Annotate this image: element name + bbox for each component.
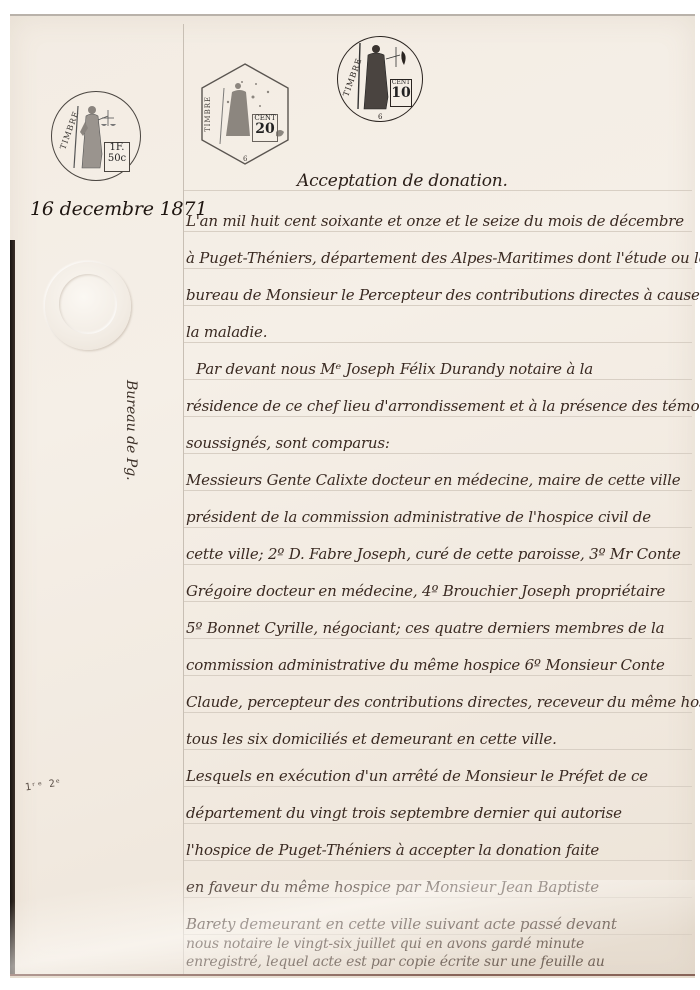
ruled-line — [184, 934, 692, 935]
page-bottom-edge — [10, 974, 695, 976]
ruled-line — [184, 490, 692, 491]
ruled-line — [184, 897, 692, 898]
text-line: L'an mil huit cent soixante et onze et l… — [186, 212, 684, 230]
ruled-line — [184, 305, 692, 306]
stamp-value-box: CENT 10 — [390, 79, 412, 107]
text-line: Barety demeurant en cette ville suivant … — [186, 915, 617, 933]
page-edge-shadow — [10, 240, 15, 976]
text-line: Par devant nous Mᵉ Joseph Félix Durandy … — [196, 360, 593, 378]
ruled-line — [184, 527, 692, 528]
document-title: Acceptation de donation. — [297, 171, 508, 191]
ruled-line — [184, 453, 692, 454]
ruled-line — [184, 749, 692, 750]
stamp-value-bottom: 50c — [105, 154, 129, 165]
text-line: Lesquels en exécution d'un arrêté de Mon… — [186, 767, 648, 785]
ruled-line — [184, 712, 692, 713]
text-line: tous les six domiciliés et demeurant en … — [186, 730, 557, 748]
text-line: nous notaire le vingt-six juillet qui en… — [186, 936, 584, 952]
svg-text:6: 6 — [243, 155, 248, 163]
text-line: Messieurs Gente Calixte docteur en médec… — [186, 471, 680, 489]
fiscal-stamp-20-cent: TIMBRE 6 CENT 20 — [198, 62, 292, 166]
embossed-seal — [45, 262, 131, 350]
text-line: la maladie. — [186, 323, 267, 341]
ruled-line — [184, 342, 692, 343]
ruled-line — [184, 823, 692, 824]
text-line: résidence de ce chef lieu d'arrondisseme… — [186, 397, 700, 415]
text-line: en faveur du même hospice par Monsieur J… — [186, 878, 599, 896]
stamp-value-bottom: 20 — [253, 122, 277, 137]
fiscal-stamp-1f50: TIMBRE 1F. 50c — [51, 91, 141, 181]
margin-note: Bureau de Pg. — [123, 380, 139, 481]
text-line: Claude, percepteur des contributions dir… — [186, 693, 700, 711]
text-line: à Puget-Théniers, département des Alpes-… — [186, 249, 700, 267]
date-note: 16 decembre 1871 — [30, 198, 207, 220]
text-line: 5º Bonnet Cyrille, négociant; ces quatre… — [186, 619, 664, 637]
stamp-value-box: CENT 20 — [252, 114, 278, 142]
ruled-line — [184, 268, 692, 269]
embossed-seal-inner — [59, 274, 117, 334]
text-line: Grégoire docteur en médecine, 4º Brouchi… — [186, 582, 665, 600]
fiscal-stamp-10-cent: TIMBRE 6 CENT 10 — [337, 36, 423, 122]
ruled-line — [184, 786, 692, 787]
text-line: cette ville; 2º D. Fabre Joseph, curé de… — [186, 545, 681, 563]
stamp-value-box: 1F. 50c — [104, 142, 130, 172]
svg-text:TIMBRE: TIMBRE — [204, 96, 212, 132]
text-line: commission administrative du même hospic… — [186, 656, 665, 674]
text-line: soussignés, sont comparus: — [186, 434, 390, 452]
ruled-line — [184, 231, 692, 232]
ruled-line — [184, 638, 692, 639]
ruled-line — [184, 379, 692, 380]
stamp-value-top: 1F. — [105, 143, 129, 154]
ruled-line — [184, 601, 692, 602]
svg-text:TIMBRE: TIMBRE — [341, 57, 363, 98]
ruled-line — [184, 416, 692, 417]
text-line: bureau de Monsieur le Percepteur des con… — [186, 286, 700, 304]
ruled-line — [184, 675, 692, 676]
text-line: département du vingt trois septembre der… — [186, 804, 622, 822]
margin-line — [183, 24, 184, 974]
text-line: enregistré, lequel acte est par copie éc… — [186, 954, 605, 970]
text-line: président de la commission administrativ… — [186, 508, 651, 526]
text-line: l'hospice de Puget-Théniers à accepter l… — [186, 841, 599, 859]
svg-text:6: 6 — [378, 113, 383, 121]
ruled-line — [184, 860, 692, 861]
ruled-line — [184, 564, 692, 565]
stamp-value-bottom: 10 — [391, 86, 411, 101]
